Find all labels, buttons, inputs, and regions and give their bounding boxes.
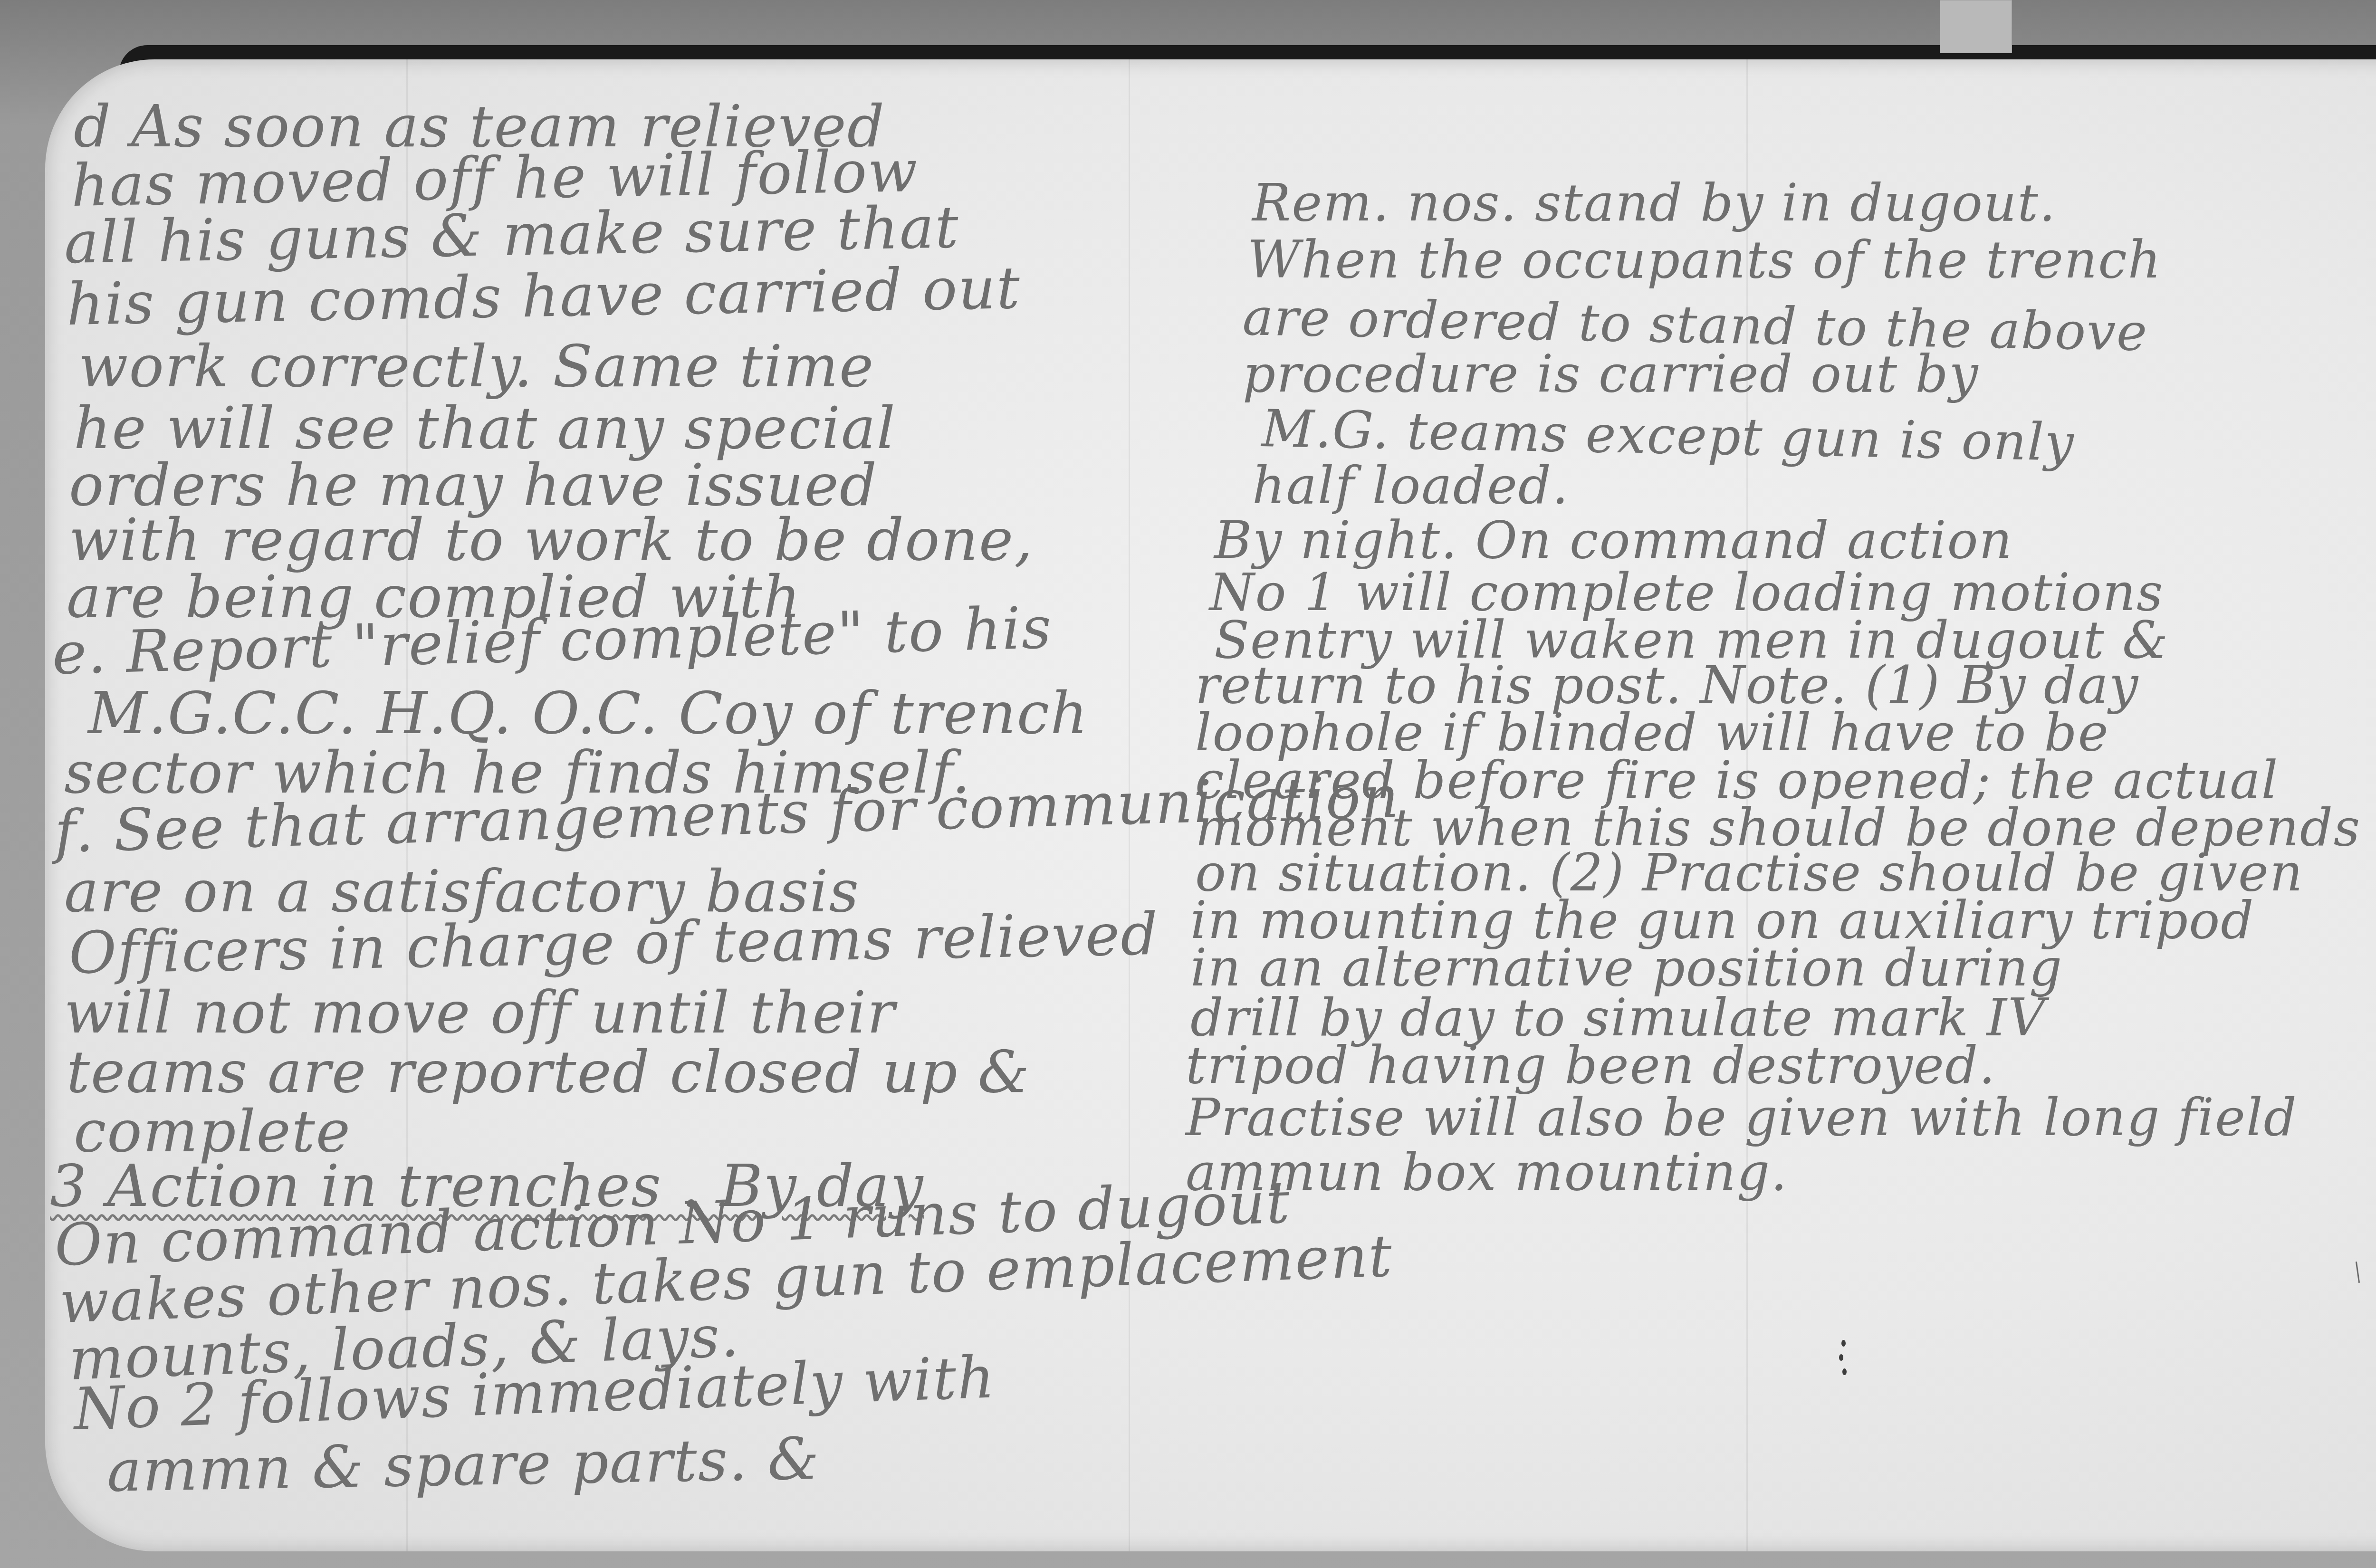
handwritten-line: tripod having been destroyed. (1186, 1036, 1996, 1095)
handwritten-line: M.G.C.C. H.Q. O.C. Coy of trench (88, 679, 1089, 747)
handwritten-line: ammun box mounting. (1186, 1143, 1788, 1202)
handwritten-line: teams are reported closed up & (67, 1038, 1030, 1106)
pencil-stray-mark (2356, 1262, 2360, 1283)
handwritten-line: Practise will also be given with long fi… (1186, 1088, 2298, 1147)
handwritten-line: procedure is carried out by (1243, 344, 1979, 404)
handwritten-line: ammn & spare parts. & (106, 1425, 821, 1505)
handwritten-line: half loaded. (1252, 456, 1569, 516)
ink-speck (1841, 1340, 1846, 1347)
handwritten-line: will not move off until their (64, 979, 896, 1046)
ink-speck (1842, 1368, 1847, 1375)
scan-background: d As soon as team relieved has moved off… (0, 0, 2376, 1568)
handwritten-line: Rem. nos. stand by in dugout. (1252, 173, 2056, 233)
handwritten-line: work correctly. Same time (78, 333, 874, 400)
notebook-spread: d As soon as team relieved has moved off… (45, 59, 2376, 1551)
bookmark-tab (1940, 0, 2012, 53)
ink-speck (1839, 1354, 1843, 1361)
handwritten-line: When the occupants of the trench (1247, 230, 2162, 290)
handwritten-line: By night. On command action (1214, 511, 2013, 570)
